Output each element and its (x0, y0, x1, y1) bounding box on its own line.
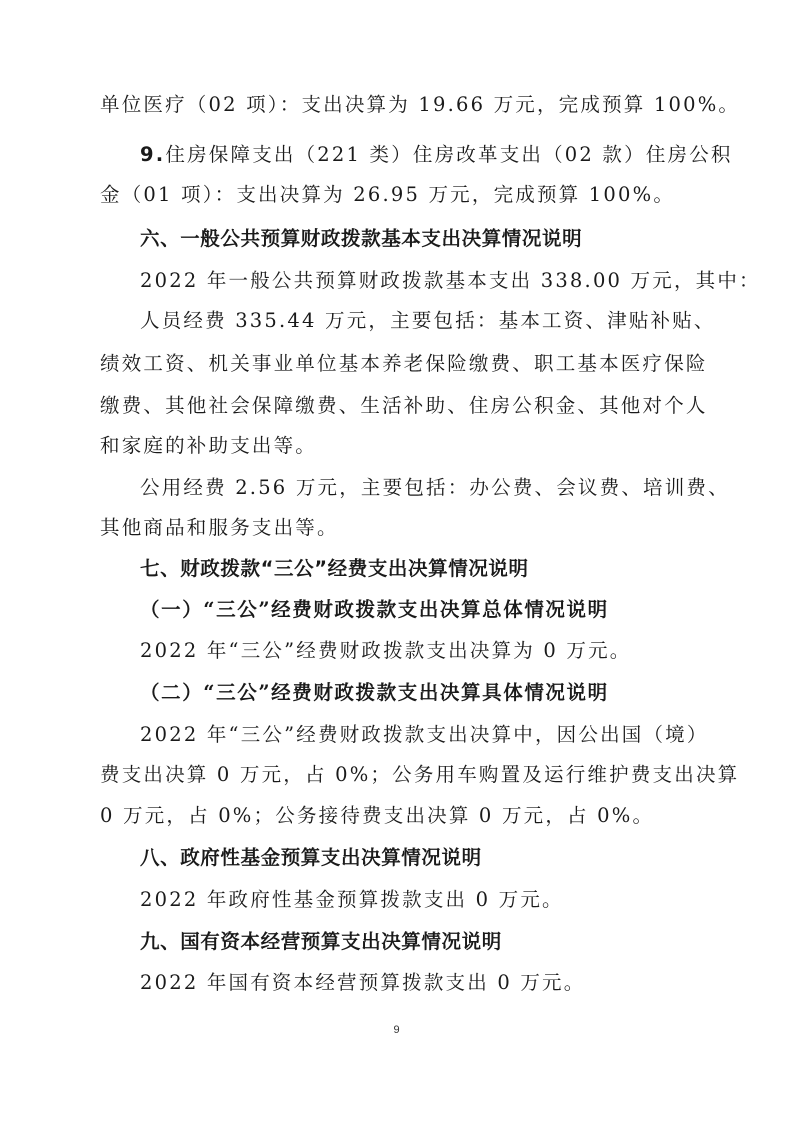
section-heading: 七、财政拨款“三公”经费支出决算情况说明 (140, 556, 700, 582)
paragraph-line: 2022 年国有资本经营预算拨款支出 0 万元。 (140, 970, 700, 996)
paragraph-line: 金（01 项）：支出决算为 26.95 万元，完成预算 100%。 (100, 182, 700, 208)
paragraph-line: 2022 年一般公共预算财政拨款基本支出 338.00 万元，其中： (140, 268, 700, 294)
section-heading: 八、政府性基金预算支出决算情况说明 (140, 845, 700, 871)
paragraph-line: 人员经费 335.44 万元，主要包括：基本工资、津贴补贴、 (140, 308, 700, 334)
item-text: 住房保障支出（221 类）住房改革支出（02 款）住房公积 (165, 143, 732, 166)
paragraph-line: 绩效工资、机关事业单位基本养老保险缴费、职工基本医疗保险 (100, 351, 700, 377)
document-page: 单位医疗（02 项）：支出决算为 19.66 万元，完成预算 100%。 9.住… (0, 0, 793, 1122)
section-heading: 九、国有资本经营预算支出决算情况说明 (140, 929, 700, 955)
item-number: 9. (140, 143, 165, 166)
page-number: 9 (0, 1024, 793, 1036)
paragraph-line: 2022 年“三公”经费财政拨款支出决算中，因公出国（境） (140, 722, 700, 748)
paragraph-line: 公用经费 2.56 万元，主要包括：办公费、会议费、培训费、 (140, 475, 700, 501)
paragraph-line: 0 万元，占 0%；公务接待费支出决算 0 万元，占 0%。 (100, 803, 700, 829)
paragraph-line: 2022 年“三公”经费财政拨款支出决算为 0 万元。 (140, 638, 700, 664)
subsection-heading: （二）“三公”经费财政拨款支出决算具体情况说明 (140, 680, 700, 706)
paragraph-line: 费支出决算 0 万元，占 0%；公务用车购置及运行维护费支出决算 (100, 762, 700, 788)
paragraph-line: 其他商品和服务支出等。 (100, 515, 700, 541)
subsection-heading: （一）“三公”经费财政拨款支出决算总体情况说明 (140, 597, 700, 623)
section-heading: 六、一般公共预算财政拨款基本支出决算情况说明 (140, 226, 700, 252)
paragraph-line: 缴费、其他社会保障缴费、生活补助、住房公积金、其他对个人 (100, 393, 700, 419)
paragraph-line: 9.住房保障支出（221 类）住房改革支出（02 款）住房公积 (140, 142, 700, 168)
paragraph-line: 单位医疗（02 项）：支出决算为 19.66 万元，完成预算 100%。 (100, 92, 700, 118)
paragraph-line: 和家庭的补助支出等。 (100, 433, 700, 459)
paragraph-line: 2022 年政府性基金预算拨款支出 0 万元。 (140, 887, 700, 913)
